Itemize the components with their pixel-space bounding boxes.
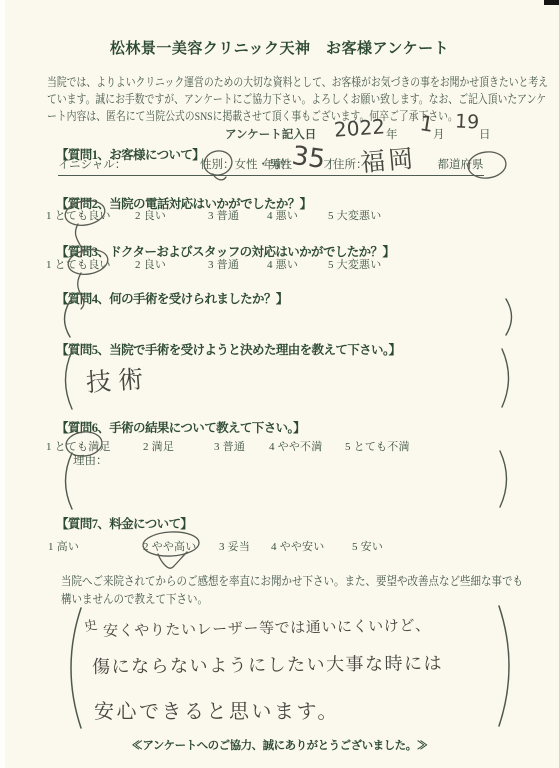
comment-box-left-bracket	[60, 606, 84, 730]
q6-reason-box-right-bracket	[498, 450, 514, 508]
intro-line: ート内容は、匿名にて当院公式のSNSに掲載させて頂く事もございます。何卒ご了承下…	[47, 107, 458, 124]
handwritten-comment-line: 傷にならないようにしたい大事な時には	[92, 649, 443, 679]
handwritten-day: 19	[454, 110, 479, 133]
footer-thanks: ≪アンケートへのご協力、誠にありがとうございました。≫	[0, 737, 559, 753]
q5-answer-box-left-bracket	[58, 350, 74, 410]
q7-option: 2 やや高い	[143, 538, 196, 554]
q3-option: 1 とても良い	[46, 256, 111, 272]
comment-box-right-bracket	[496, 604, 520, 728]
q6-option: 5 とても不満	[345, 438, 410, 454]
scan-edge	[0, 0, 5, 768]
handwritten-scribble: 史	[82, 614, 99, 635]
q4-answer-box-left-bracket	[58, 300, 72, 338]
q6-reason-label: 理由：	[73, 452, 108, 468]
intro-line: ています。誠にお手数ですが、アンケートにご協力下さい。よろしくお願い致します。な…	[47, 90, 546, 107]
q2-option: 2 良い	[135, 207, 166, 223]
initial-field: イニシャル：	[58, 156, 204, 176]
q2-option: 5 大変悪い	[328, 207, 381, 223]
q6-option: 2 満足	[143, 438, 174, 454]
feedback-prompt-line: 当院へご来院されてからのご感想を率直にお聞かせ下さい。また、要望や改善点など些細…	[61, 572, 523, 589]
q5-answer-box-right-bracket	[500, 348, 516, 408]
date-label: アンケート記入日	[225, 126, 316, 142]
q5-heading: 【質問5、当院で手術を受けようと決めた理由を教えて下さい。】	[56, 340, 401, 358]
date-month-unit: 月	[433, 126, 445, 142]
q7-option: 5 安い	[352, 538, 383, 554]
handwritten-age: 35	[290, 141, 327, 175]
date-day-unit: 日	[479, 126, 491, 142]
q6-reason-box-left-bracket	[58, 452, 74, 510]
handwritten-address: 福岡	[359, 139, 418, 180]
q7-heading: 【質問7、料金について】	[56, 514, 192, 532]
q3-option: 3 普通	[208, 256, 239, 272]
survey-scan-page: 松林景一美容クリニック天神 お客様アンケート 当院では、よりよいクリニック運営の…	[0, 0, 559, 768]
intro-line: 当院では、よりよいクリニック運営のための大切な資料として、お客様がお気づきの事を…	[47, 73, 548, 90]
q3-option: 5 大変悪い	[328, 256, 381, 272]
q4-heading: 【質問4、何の手術を受けられましたか？】	[56, 289, 288, 307]
scan-corner-mark	[544, 0, 559, 5]
selection-circle-q7-tail	[158, 552, 187, 568]
q3-option: 4 悪い	[267, 256, 298, 272]
q2-option: 4 悪い	[267, 207, 298, 223]
handwritten-comment-line: 安心できると思います。	[94, 695, 340, 724]
q7-option: 3 妥当	[219, 538, 250, 554]
q4-answer-box-right-bracket	[504, 298, 518, 336]
q7-option: 1 高い	[48, 538, 79, 554]
q6-option: 4 やや不満	[269, 438, 322, 454]
prefecture-label: 都道府県	[438, 159, 484, 171]
q6-heading: 【質問6、手術の結果について教えて下さい。】	[56, 418, 305, 436]
q2-option: 1 とても良い	[46, 207, 111, 223]
handwritten-year: 2022	[333, 114, 385, 141]
q2-option: 3 普通	[208, 207, 239, 223]
page-title: 松林景一美容クリニック天神 お客様アンケート	[0, 37, 559, 58]
feedback-prompt-line: 構いませんので教えて下さい。	[61, 590, 208, 607]
q7-option: 4 やや安い	[271, 538, 324, 554]
handwritten-comment-line: 安くやりたいレーザー等では通いにくいけど、	[103, 614, 431, 641]
q6-option: 3 普通	[214, 438, 245, 454]
handwritten-q5-answer: 技術	[85, 359, 151, 399]
q3-option: 2 良い	[135, 256, 166, 272]
